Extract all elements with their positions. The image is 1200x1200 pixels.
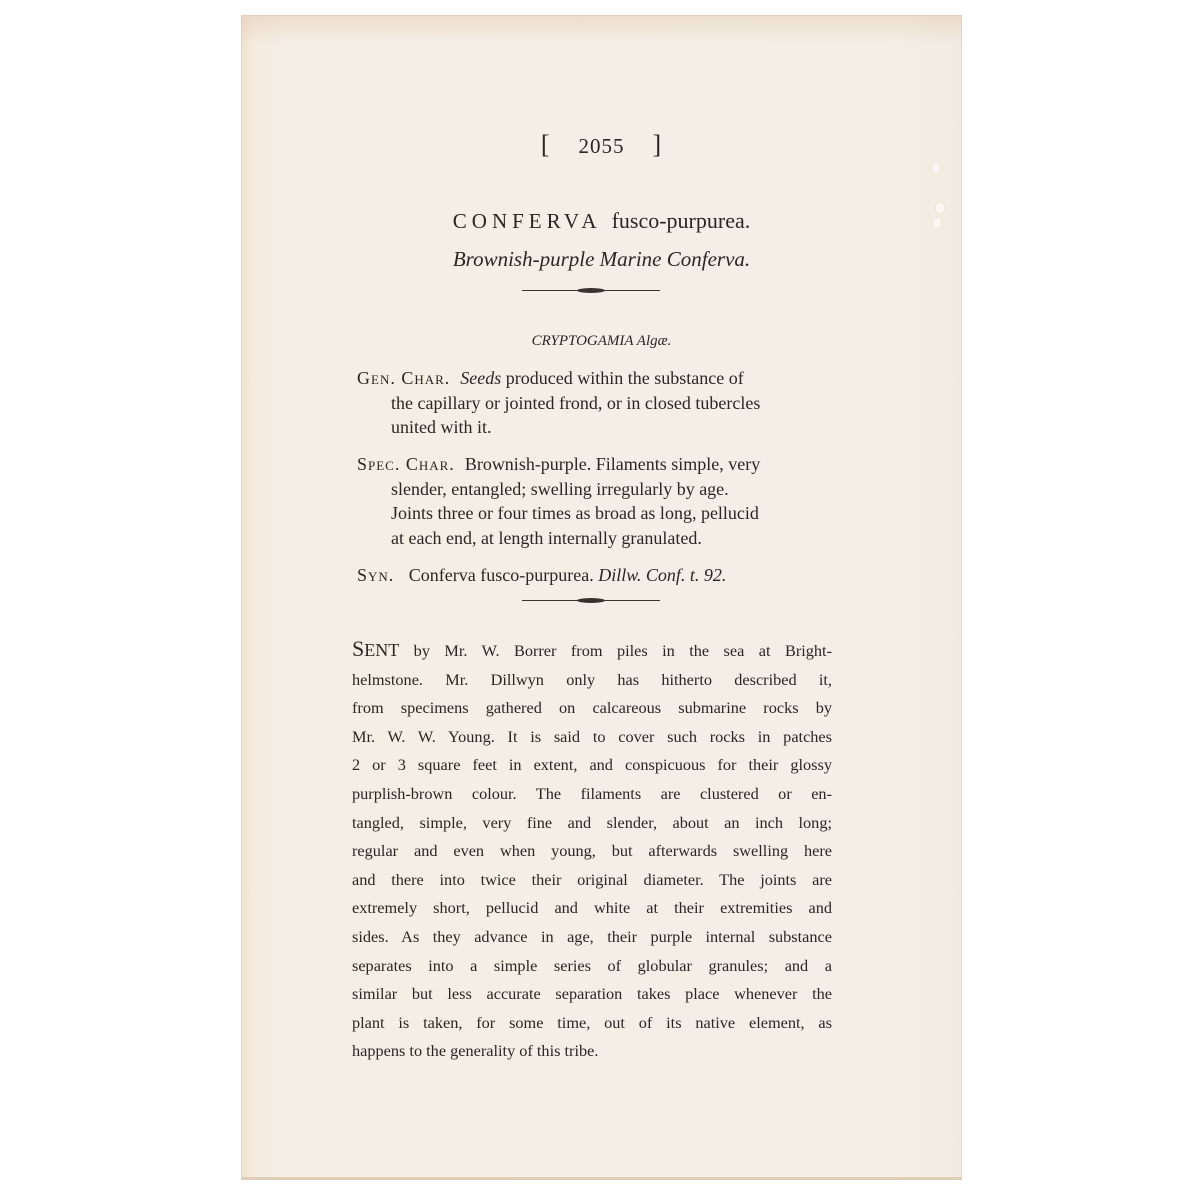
deckle-edge-nick <box>933 218 941 228</box>
folio-open-bracket: [ <box>541 130 551 159</box>
syn-citation: Dillw. Conf. t. 92. <box>598 565 726 585</box>
folio-close-bracket: ] <box>653 130 663 159</box>
body-line: regular and even when young, but afterwa… <box>352 837 832 866</box>
spec-char-line: Brownish-purple. Filaments simple, very <box>465 454 760 474</box>
deckle-edge-nick <box>932 163 940 173</box>
body-line: happens to the generality of this tribe. <box>352 1037 832 1066</box>
book-page: [2055] CONFERVAfusco-purpurea. Brownish-… <box>241 15 962 1180</box>
classification: CRYPTOGAMIA Algæ. <box>241 333 962 350</box>
gen-char-label: Gen. Char. <box>357 368 450 388</box>
species-name: fusco-purpurea. <box>612 208 751 233</box>
spec-char-label: Spec. Char. <box>357 454 455 474</box>
synonymy: Syn. Conferva fusco-purpurea. Dillw. Con… <box>357 563 827 588</box>
ornamental-rule <box>522 288 660 293</box>
gen-char-line: produced within the substance of <box>501 368 743 388</box>
order-name: Algæ. <box>637 333 672 349</box>
class-name: CRYPTOGAMIA <box>532 333 634 349</box>
ornamental-rule <box>522 598 660 603</box>
spec-char-line: Joints three or four times as broad as l… <box>357 501 827 526</box>
spec-char-line: at each end, at length internally granul… <box>357 526 827 551</box>
gen-char-line: the capillary or jointed frond, or in cl… <box>357 391 827 416</box>
common-name: Brownish-purple Marine Conferva. <box>241 247 962 272</box>
body-line: tangled, simple, very fine and slender, … <box>352 809 832 838</box>
opening-smallcaps: ENT <box>364 640 399 660</box>
body-line: sides. As they advance in age, their pur… <box>352 923 832 952</box>
body-line: extremely short, pellucid and white at t… <box>352 894 832 923</box>
body-line: and there into twice their original diam… <box>352 866 832 895</box>
genus-name: CONFERVA <box>453 209 602 233</box>
syn-text: Conferva fusco-purpurea. <box>409 565 594 585</box>
folio-number: 2055 <box>579 134 625 158</box>
body-line: similar but less accurate separation tak… <box>352 980 832 1009</box>
generic-character: Gen. Char.Seeds produced within the subs… <box>357 366 827 440</box>
species-title: CONFERVAfusco-purpurea. <box>241 208 962 234</box>
gen-char-line: united with it. <box>357 415 827 440</box>
body-line: from specimens gathered on calcareous su… <box>352 694 832 723</box>
drop-cap: S <box>352 636 364 661</box>
body-line: separates into a simple series of globul… <box>352 952 832 981</box>
body-line: plant is taken, for some time, out of it… <box>352 1009 832 1038</box>
page-number: [2055] <box>241 130 962 160</box>
body-line: SENT by Mr. W. Borrer from piles in the … <box>352 635 832 666</box>
body-line: Mr. W. W. Young. It is said to cover suc… <box>352 723 832 752</box>
body-line: purplish-brown colour. The filaments are… <box>352 780 832 809</box>
gen-char-italic: Seeds <box>460 368 501 388</box>
deckle-edge-nick <box>936 203 944 213</box>
description-body: SENT by Mr. W. Borrer from piles in the … <box>352 635 832 1066</box>
spec-char-line: slender, entangled; swelling irregularly… <box>357 477 827 502</box>
specific-character: Spec. Char.Brownish-purple. Filaments si… <box>357 452 827 550</box>
body-line: helmstone. Mr. Dillwyn only has hitherto… <box>352 666 832 695</box>
syn-label: Syn. <box>357 565 394 585</box>
body-line-text: by Mr. W. Borrer from piles in the sea a… <box>399 641 832 660</box>
body-line: 2 or 3 square feet in extent, and conspi… <box>352 751 832 780</box>
